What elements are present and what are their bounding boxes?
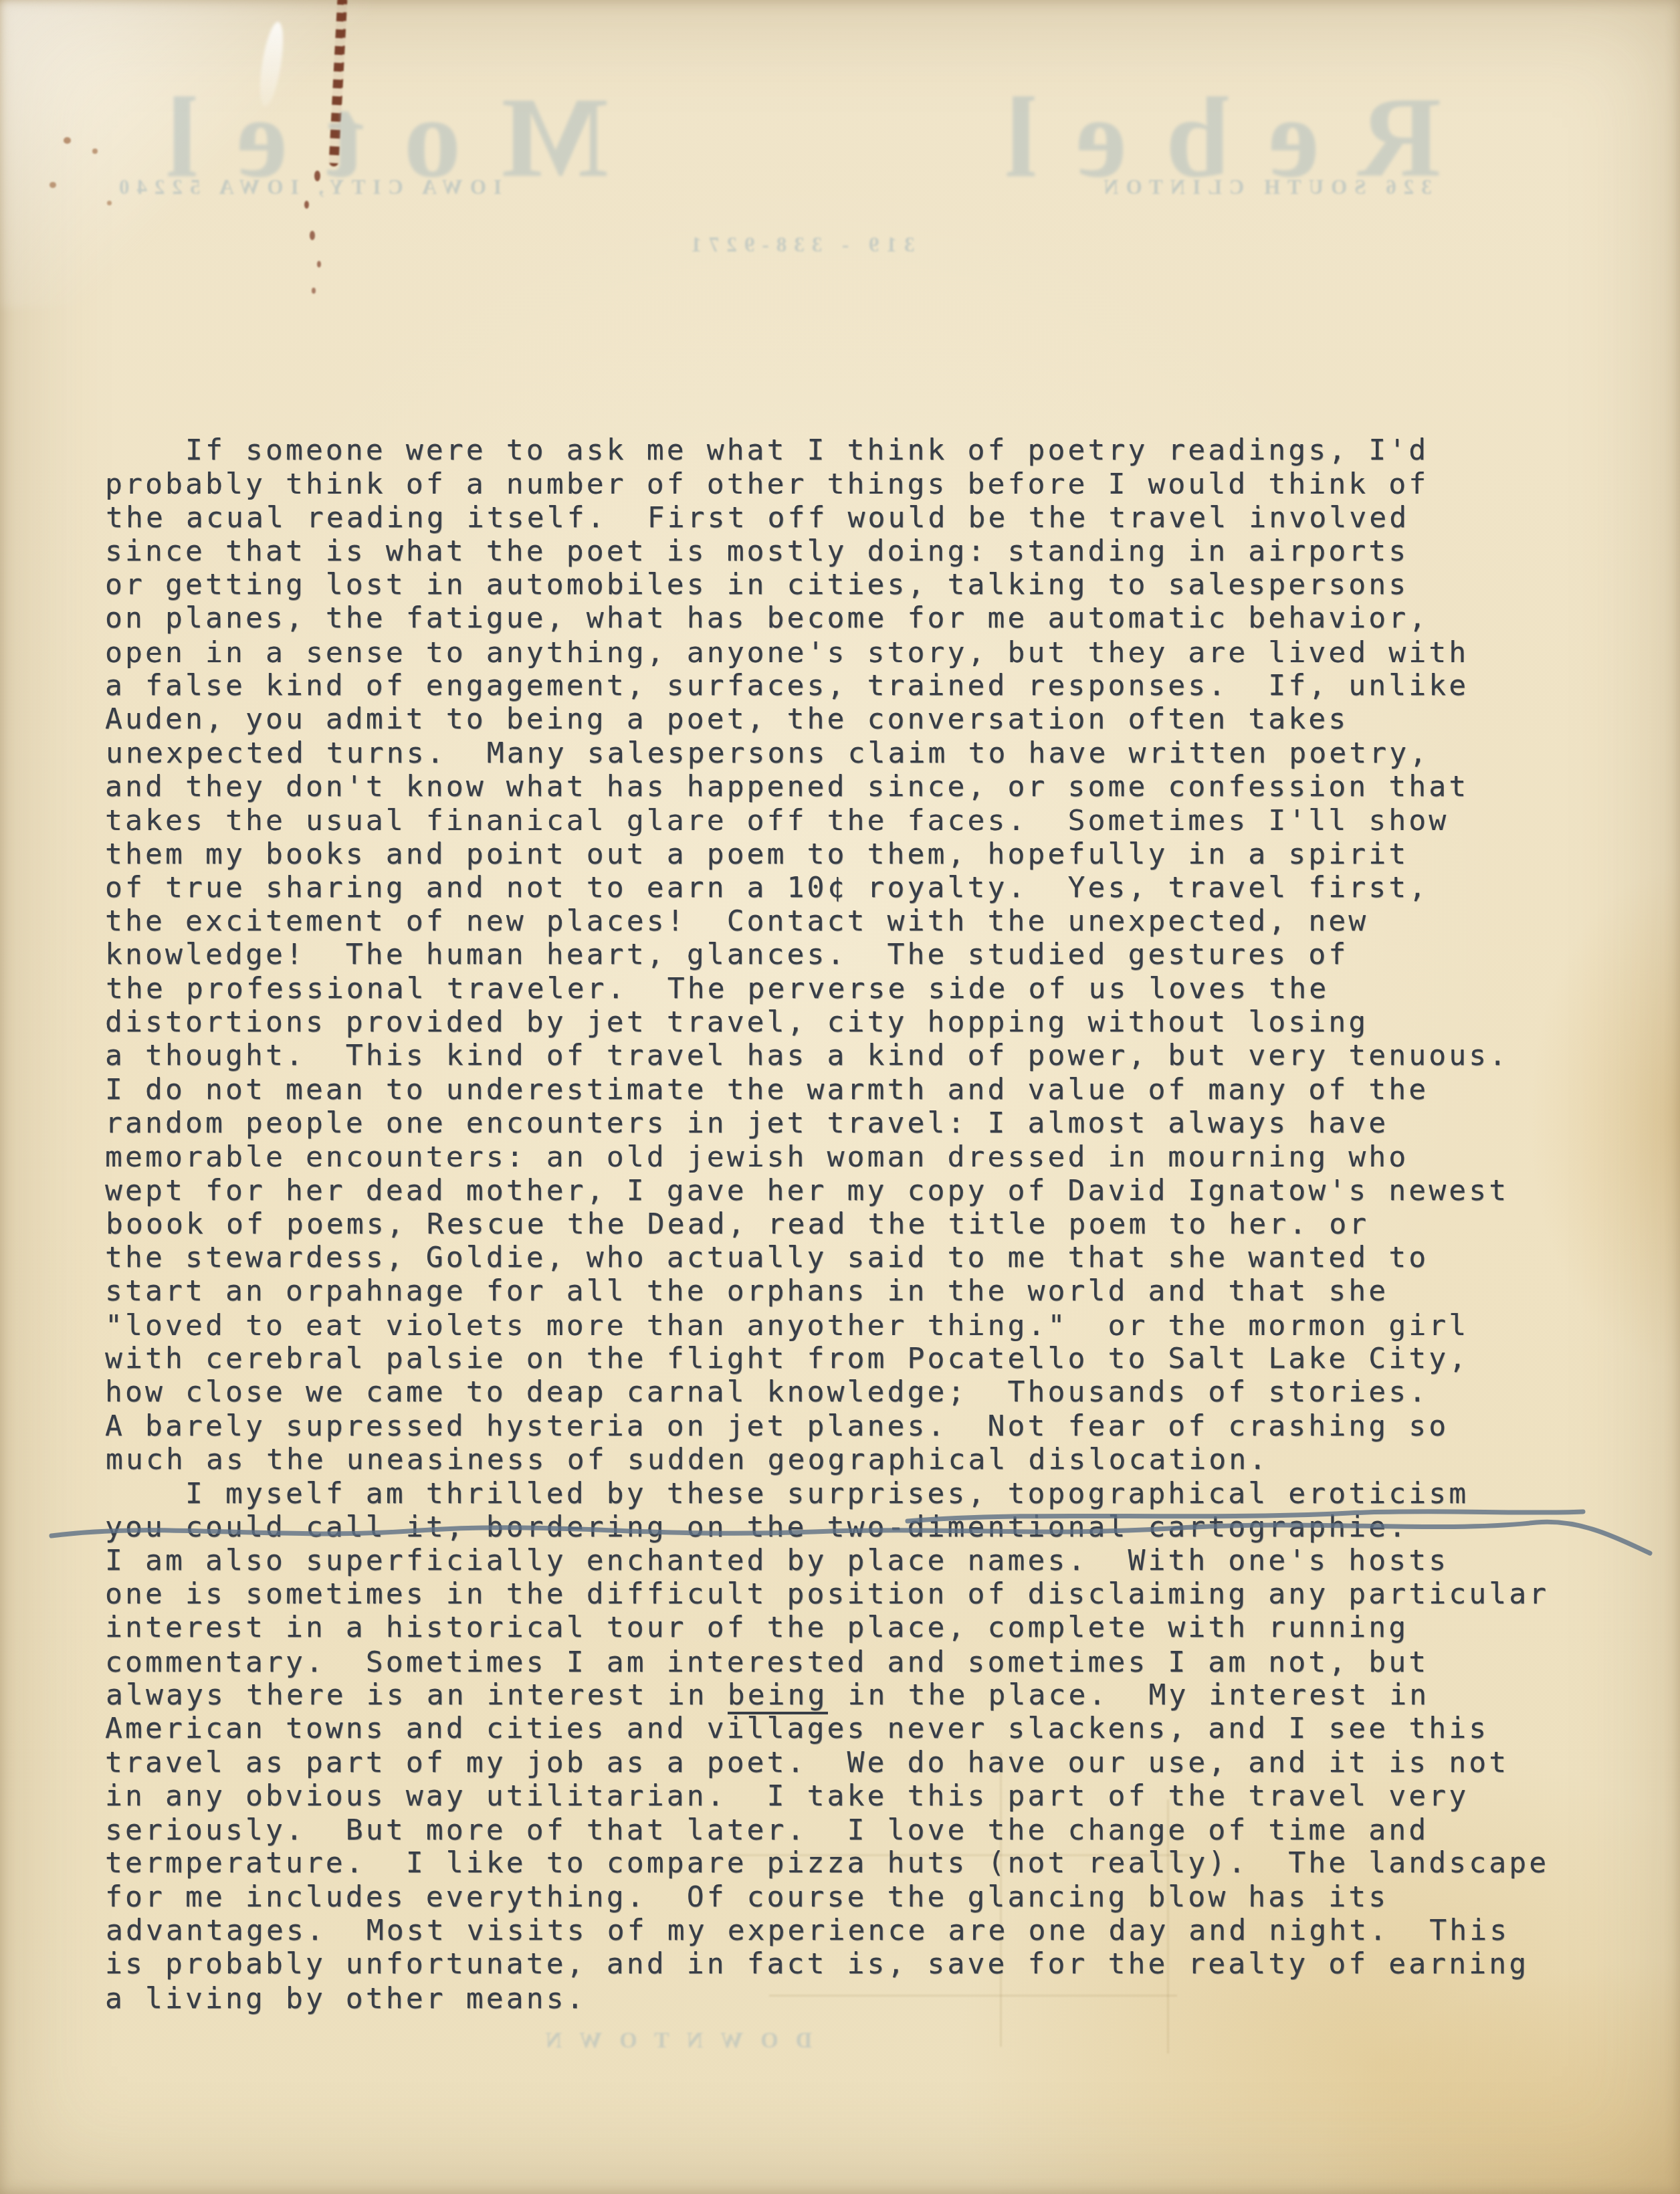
stain-spot bbox=[312, 288, 316, 294]
letter-line: is probably unfortunate, and in fact is,… bbox=[105, 1947, 1643, 1981]
letter-body: If someone were to ask me what I think o… bbox=[105, 433, 1643, 2015]
letter-line: I do not mean to underestimate the warmt… bbox=[105, 1073, 1643, 1106]
letter-line: or getting lost in automobiles in cities… bbox=[105, 568, 1643, 601]
letter-line: termperature. I like to compare pizza hu… bbox=[105, 1846, 1643, 1880]
rust-spot bbox=[49, 182, 56, 188]
letter-line: start an orpahnage for all the orphans i… bbox=[105, 1274, 1643, 1308]
stain-spot bbox=[317, 261, 321, 268]
letter-line: probably think of a number of other thin… bbox=[105, 468, 1643, 501]
letter-line: much as the uneasiness of sudden geograp… bbox=[106, 1443, 1644, 1476]
letter-line: how close we came to deap carnal knowled… bbox=[105, 1375, 1643, 1409]
rust-spot bbox=[92, 148, 98, 154]
letter-line: advantages. Most visits of my experience… bbox=[106, 1914, 1644, 1947]
letter-line: a thought. This kind of travel has a kin… bbox=[105, 1039, 1643, 1072]
letter-line-struck: you could call it, bordering on the two-… bbox=[105, 1510, 1643, 1544]
letter-line: A barely supressed hysteria on jet plane… bbox=[105, 1409, 1643, 1443]
letter-line: since that is what the poet is mostly do… bbox=[105, 534, 1643, 568]
letter-line: travel as part of my job as a poet. We d… bbox=[105, 1746, 1643, 1779]
letter-line: and they don't know what has happened si… bbox=[105, 770, 1643, 803]
letterhead-city-bleed: IOWA CITY, IOWA 52240 bbox=[114, 175, 502, 199]
underlined-word: being bbox=[728, 1678, 828, 1714]
letter-line: of true sharing and not to earn a 10¢ ro… bbox=[105, 871, 1643, 904]
letter-line: wept for her dead mother, I gave her my … bbox=[105, 1174, 1643, 1207]
letterhead-phone-bleed: 319 - 338-9271 bbox=[645, 233, 953, 257]
letter-line: the professional traveler. The perverse … bbox=[106, 972, 1644, 1005]
letter-line: always there is an interest in being in … bbox=[106, 1678, 1644, 1712]
letter-line: distortions provided by jet travel, city… bbox=[105, 1005, 1643, 1039]
letter-line: in any obvious way utilitarian. I take t… bbox=[105, 1779, 1643, 1813]
letter-line: unexpected turns. Many salespersons clai… bbox=[106, 736, 1644, 770]
letter-line: them my books and point out a poem to th… bbox=[105, 837, 1643, 871]
letter-line: boook of poems, Rescue the Dead, read th… bbox=[106, 1207, 1644, 1241]
letter-line: random people one encounters in jet trav… bbox=[105, 1106, 1643, 1140]
stain-spot bbox=[310, 231, 315, 240]
letter-page: Motel Rebel IOWA CITY, IOWA 52240 326 SO… bbox=[0, 0, 1680, 2194]
letter-line: open in a sense to anything, anyone's st… bbox=[105, 635, 1643, 669]
rust-spot bbox=[64, 137, 71, 144]
letter-line: a living by other means. bbox=[105, 1981, 1643, 2015]
letter-line: one is sometimes in the difficult positi… bbox=[105, 1577, 1643, 1611]
letter-line: on planes, the fatigue, what has become … bbox=[105, 601, 1643, 635]
letter-line: If someone were to ask me what I think o… bbox=[105, 433, 1643, 467]
letter-line: knowledge! The human heart, glances. The… bbox=[105, 938, 1643, 971]
letter-line: I myself am thrilled by these surprises,… bbox=[105, 1477, 1643, 1510]
letter-line: American towns and cities and villages n… bbox=[105, 1712, 1643, 1745]
letter-line: memorable encounters: an old jewish woma… bbox=[105, 1140, 1643, 1174]
letter-line: the excitement of new places! Contact wi… bbox=[105, 904, 1643, 938]
letter-line: a false kind of engagement, surfaces, tr… bbox=[105, 669, 1643, 702]
letter-line: interest in a historical tour of the pla… bbox=[105, 1611, 1643, 1644]
letterhead-street-bleed: 326 SOUTH CLINTON bbox=[1083, 175, 1445, 199]
letter-line: for me includes everything. Of course th… bbox=[105, 1880, 1643, 1914]
letter-line: seriously. But more of that later. I lov… bbox=[105, 1813, 1643, 1847]
letterhead-downtown-bleed: DOWNTOWN bbox=[523, 2028, 817, 2054]
letter-line: I am also superficially enchanted by pla… bbox=[105, 1544, 1643, 1577]
letter-line: takes the usual finanical glare off the … bbox=[105, 804, 1643, 837]
letter-line: commentary. Sometimes I am interested an… bbox=[105, 1645, 1643, 1678]
letter-line: "loved to eat violets more than anyother… bbox=[105, 1308, 1643, 1342]
letter-line: with cerebral palsie on the flight from … bbox=[105, 1342, 1643, 1375]
letter-line: the stewardess, Goldie, who actually sai… bbox=[105, 1241, 1643, 1274]
letter-line: Auden, you admit to being a poet, the co… bbox=[105, 702, 1643, 736]
letter-line: the acual reading itself. First off woul… bbox=[106, 501, 1644, 534]
